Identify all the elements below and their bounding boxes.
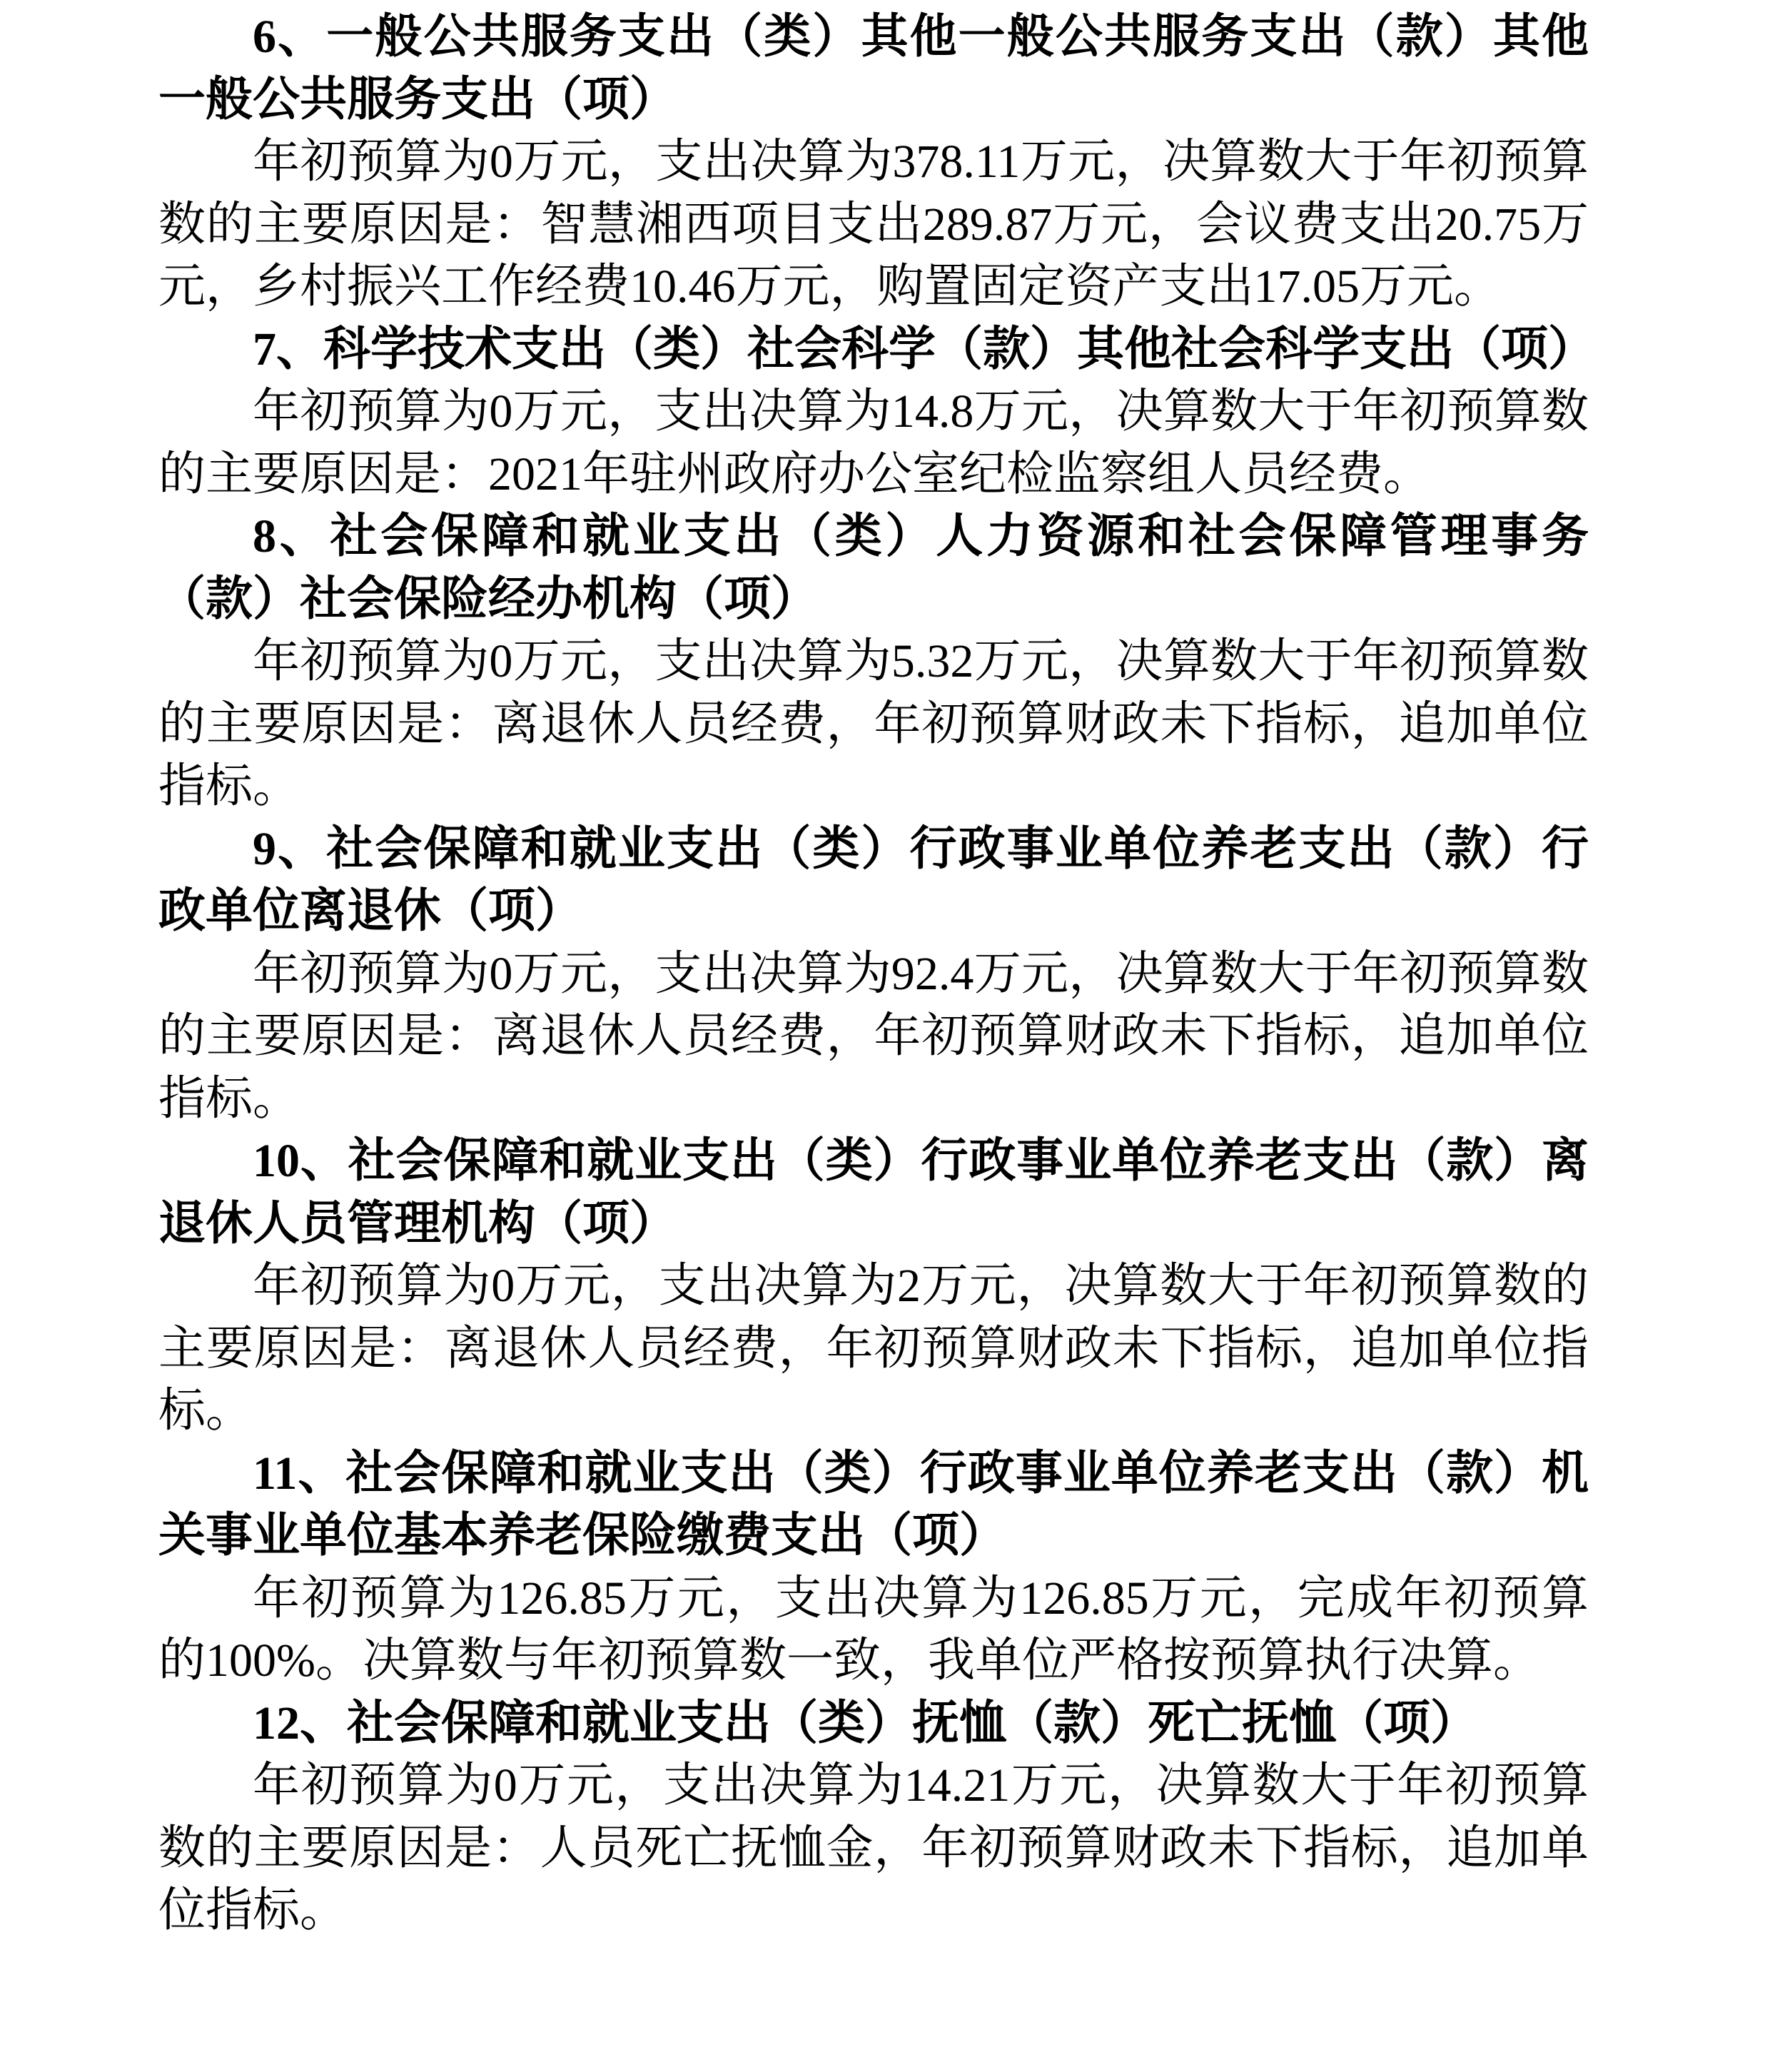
section-9-body: 年初预算为0万元，支出决算为92.4万元，决算数大于年初预算数的主要原因是：离退…	[158, 943, 1589, 1131]
document-page: 6、一般公共服务支出（类）其他一般公共服务支出（款）其他一般公共服务支出（项） …	[0, 0, 1770, 2072]
section-10: 10、社会保障和就业支出（类）行政事业单位养老支出（款）离退休人员管理机构（项）…	[158, 1130, 1589, 1442]
section-8-body: 年初预算为0万元，支出决算为5.32万元，决算数大于年初预算数的主要原因是：离退…	[158, 630, 1589, 818]
section-10-body: 年初预算为0万元，支出决算为2万元，决算数大于年初预算数的主要原因是：离退休人员…	[158, 1255, 1589, 1442]
section-12-heading: 12、社会保障和就业支出（类）抚恤（款）死亡抚恤（项）	[158, 1692, 1589, 1755]
section-7: 7、科学技术支出（类）社会科学（款）其他社会科学支出（项） 年初预算为0万元，支…	[158, 318, 1589, 506]
section-12: 12、社会保障和就业支出（类）抚恤（款）死亡抚恤（项） 年初预算为0万元，支出决…	[158, 1692, 1589, 1942]
section-6-heading: 6、一般公共服务支出（类）其他一般公共服务支出（款）其他一般公共服务支出（项）	[158, 6, 1589, 131]
section-9-heading: 9、社会保障和就业支出（类）行政事业单位养老支出（款）行政单位离退休（项）	[158, 818, 1589, 943]
section-8-heading: 8、社会保障和就业支出（类）人力资源和社会保障管理事务（款）社会保险经办机构（项…	[158, 505, 1589, 630]
section-7-heading: 7、科学技术支出（类）社会科学（款）其他社会科学支出（项）	[158, 318, 1589, 381]
section-9: 9、社会保障和就业支出（类）行政事业单位养老支出（款）行政单位离退休（项） 年初…	[158, 818, 1589, 1131]
section-6: 6、一般公共服务支出（类）其他一般公共服务支出（款）其他一般公共服务支出（项） …	[158, 6, 1589, 318]
section-11-body: 年初预算为126.85万元，支出决算为126.85万元，完成年初预算的100%。…	[158, 1567, 1589, 1692]
section-11-heading: 11、社会保障和就业支出（类）行政事业单位养老支出（款）机关事业单位基本养老保险…	[158, 1442, 1589, 1567]
section-11: 11、社会保障和就业支出（类）行政事业单位养老支出（款）机关事业单位基本养老保险…	[158, 1442, 1589, 1692]
document-content: 6、一般公共服务支出（类）其他一般公共服务支出（款）其他一般公共服务支出（项） …	[158, 6, 1589, 1942]
section-7-body: 年初预算为0万元，支出决算为14.8万元，决算数大于年初预算数的主要原因是：20…	[158, 380, 1589, 505]
section-8: 8、社会保障和就业支出（类）人力资源和社会保障管理事务（款）社会保险经办机构（项…	[158, 505, 1589, 818]
section-10-heading: 10、社会保障和就业支出（类）行政事业单位养老支出（款）离退休人员管理机构（项）	[158, 1130, 1589, 1255]
section-6-body: 年初预算为0万元，支出决算为378.11万元，决算数大于年初预算数的主要原因是：…	[158, 131, 1589, 318]
section-12-body: 年初预算为0万元，支出决算为14.21万元，决算数大于年初预算数的主要原因是：人…	[158, 1754, 1589, 1942]
